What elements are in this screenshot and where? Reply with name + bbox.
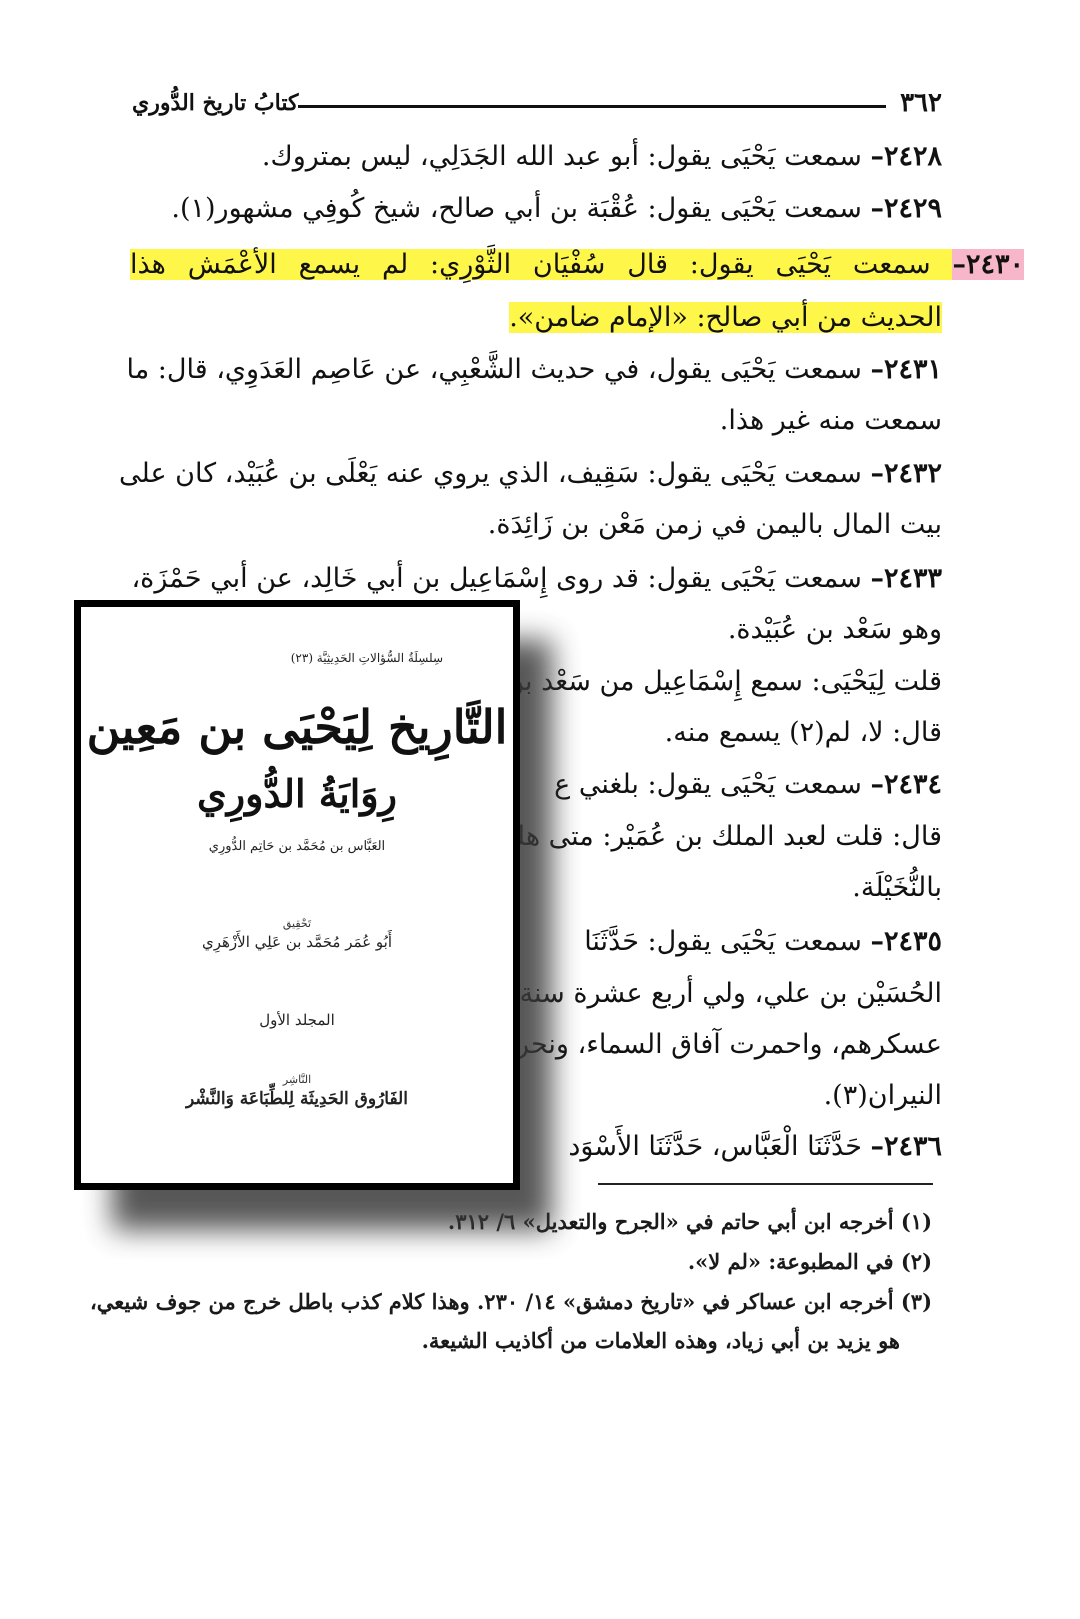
cover-volume: المجلد الأول (81, 1011, 513, 1029)
entry-text: سمعت يَحْيَى يقول: حَدَّثَنَا (584, 926, 870, 957)
running-title: كتابُ تاريخ الدُّوري (132, 90, 298, 116)
cover-publisher-label: النَّاشِر (81, 1073, 513, 1086)
entry-2432-continued: بيت المال باليمن في زمن مَعْن بن زَائِدَ… (488, 503, 942, 547)
entry-text: حَدَّثَنَا الْعَبَّاس، حَدَّثَنَا الأَسْ… (568, 1131, 870, 1162)
entry-2433-continued: وهو سَعْد بن عُبَيْدة. (728, 608, 942, 652)
footnote-3: (٣) أخرجه ابن عساكر في «تاريخ دمشق» ١٤/ … (90, 1283, 932, 1321)
page-number: ٣٦٢ (900, 88, 942, 118)
entry-2428: ٢٤٢٨– سمعت يَحْيَى يقول: أبو عبد الله ال… (262, 135, 942, 179)
cover-title: التَّارِيخ لِيَحْيَى بن مَعِين (81, 697, 513, 757)
entry-text: بيت المال باليمن في زمن مَعْن بن زَائِدَ… (488, 509, 942, 540)
entry-text: سمعت يَحْيَى يقول: بلغني ع (554, 769, 870, 800)
cover-publisher: الفَارُوق الحَدِيثَة لِلطِّبَاعَة وَالنَ… (81, 1089, 513, 1109)
entry-text: بالنُّخَيْلَة. (852, 872, 942, 903)
entry-2433-question: قلت لِيَحْيَى: سمع إِسْمَاعِيل من سَعْد … (504, 660, 942, 704)
cover-editor-label: تَحْقِيق (81, 917, 513, 930)
book-cover-inset: سِلسِلَةُ السُّؤالاتِ الحَدِيثِيَّة (٢٣)… (74, 600, 520, 1190)
entry-number: ٢٤٣٣– (870, 563, 942, 594)
entry-number: ٢٤٢٩– (870, 193, 942, 224)
entry-text: وهو سَعْد بن عُبَيْدة. (728, 614, 942, 645)
entry-text: قال: قلت لعبد الملك بن عُمَيْر: متى هلل (496, 821, 942, 852)
running-header: ٣٦٢ كتابُ تاريخ الدُّوري (132, 86, 942, 120)
entry-2431-continued: سمعت منه غير هذا. (720, 399, 942, 443)
entry-2433: ٢٤٣٣– سمعت يَحْيَى يقول: قد روى إِسْمَاع… (132, 557, 942, 601)
book-page: ٣٦٢ كتابُ تاريخ الدُّوري ٢٤٢٨– سمعت يَحْ… (0, 0, 1080, 1619)
cover-editor: أَبُو عُمَر مُحَمَّد بن عَلِي الأَزْهَرِ… (81, 933, 513, 951)
entry-text: سمعت يَحْيَى يقول، في حديث الشَّعْبِي، ع… (127, 354, 871, 385)
entry-2429: ٢٤٢٩– سمعت يَحْيَى يقول: عُقْبَة بن أبي … (171, 187, 942, 231)
entry-text: سمعت منه غير هذا. (720, 405, 942, 436)
entry-text: سمعت يَحْيَى يقول: قد روى إِسْمَاعِيل بن… (131, 563, 870, 594)
entry-2434-end: بالنُّخَيْلَة. (852, 866, 942, 910)
entry-text: قال: لا، لم(٢) يسمع منه. (665, 717, 942, 748)
cover-subtitle: رِوَايَةُ الدُّورِي (81, 769, 513, 819)
entry-2435-line4: النيران(٣). (824, 1074, 942, 1118)
entry-number-highlight-pink: ٢٤٣٠– (952, 249, 1024, 280)
entry-2430-highlighted: ٢٤٣٠– سمعت يَحْيَى يقول: قال سُفْيَان ال… (130, 243, 1024, 287)
cover-series: سِلسِلَةُ السُّؤالاتِ الحَدِيثِيَّة (٢٣) (291, 651, 443, 665)
entry-2436: ٢٤٣٦– حَدَّثَنَا الْعَبَّاس، حَدَّثَنَا … (568, 1125, 942, 1169)
entry-2434: ٢٤٣٤– سمعت يَحْيَى يقول: بلغني ع (554, 763, 942, 807)
entry-2432: ٢٤٣٢– سمعت يَحْيَى يقول: سَقِيف، الذي ير… (132, 452, 942, 496)
entry-text-highlight-yellow: سمعت يَحْيَى يقول: قال سُفْيَان الثَّوْر… (130, 249, 952, 280)
entry-2433-answer: قال: لا، لم(٢) يسمع منه. (665, 711, 942, 755)
footnote-separator (598, 1183, 933, 1185)
cover-author: العَبَّاس بن مُحَمَّد بن حَاتِم الدُّورِ… (81, 839, 513, 854)
entry-number: ٢٤٢٨– (870, 141, 942, 172)
entry-text: الحُسَيْن بن علي، ولي أربع عشرة سنة (520, 978, 942, 1009)
entry-2435: ٢٤٣٥– سمعت يَحْيَى يقول: حَدَّثَنَا (584, 920, 942, 964)
header-rule (298, 105, 886, 108)
entry-text: عسكرهم، واحمرت آفاق السماء، ونحروا (496, 1029, 942, 1060)
entry-text: سمعت يَحْيَى يقول: أبو عبد الله الجَدَلِ… (262, 141, 871, 172)
footnote-2: (٢) في المطبوعة: «لم لا». (688, 1243, 932, 1281)
entry-text: النيران(٣). (824, 1080, 942, 1111)
entry-number: ٢٤٣٥– (870, 926, 942, 957)
entry-text: قلت لِيَحْيَى: سمع إِسْمَاعِيل من سَعْد … (504, 666, 942, 697)
entry-text-highlight-yellow: الحديث من أبي صالح: «الإمام ضامن». (509, 302, 942, 333)
entry-number: ٢٤٣٤– (870, 769, 942, 800)
entry-number: ٢٤٣٢– (870, 458, 942, 489)
entry-2435-line3: عسكرهم، واحمرت آفاق السماء، ونحروا (496, 1023, 942, 1067)
entry-text: سمعت يَحْيَى يقول: عُقْبَة بن أبي صالح، … (171, 193, 870, 224)
entry-2435-line2: الحُسَيْن بن علي، ولي أربع عشرة سنة (520, 972, 942, 1016)
entry-2434-continued: قال: قلت لعبد الملك بن عُمَيْر: متى هلل (496, 815, 942, 859)
footnote-3-continued: هو يزيد بن أبي زياد، وهذه العلامات من أك… (422, 1322, 900, 1360)
entry-2431: ٢٤٣١– سمعت يَحْيَى يقول، في حديث الشَّعْ… (132, 348, 942, 392)
entry-text: سمعت يَحْيَى يقول: سَقِيف، الذي يروي عنه… (119, 458, 870, 489)
entry-number: ٢٤٣١– (870, 354, 942, 385)
entry-number: ٢٤٣٦– (870, 1131, 942, 1162)
entry-2430-continued: الحديث من أبي صالح: «الإمام ضامن». (509, 296, 942, 340)
